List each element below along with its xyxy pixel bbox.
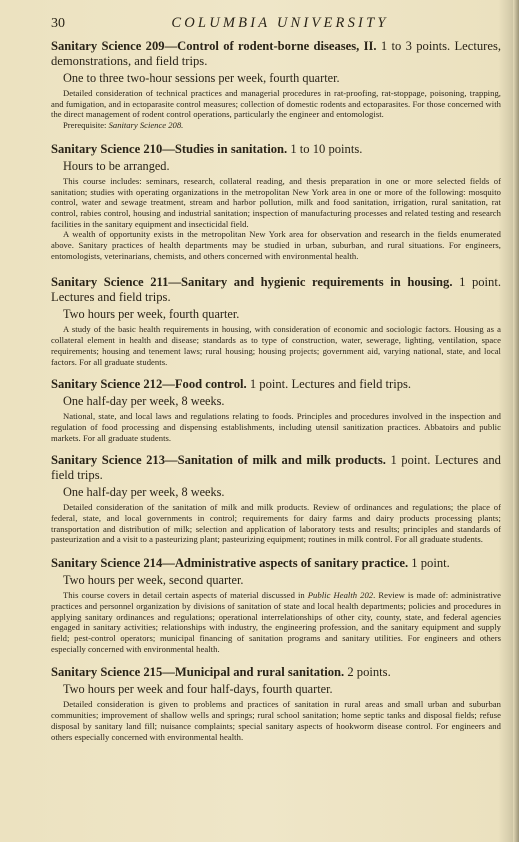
course-credit: 1 to 10 points. xyxy=(290,142,362,156)
course-reference: Public Health 202 xyxy=(308,590,373,600)
course-description: A study of the basic health requirements… xyxy=(51,324,501,367)
course-heading: Sanitary Science 211—Sanitary and hygien… xyxy=(51,275,501,305)
course-credit: 2 points. xyxy=(347,665,390,679)
course-heading: Sanitary Science 213—Sanitation of milk … xyxy=(51,453,501,483)
course-schedule: Two hours per week and four half-days, f… xyxy=(63,681,501,697)
running-head: 30 COLUMBIA UNIVERSITY xyxy=(51,15,501,37)
course-heading: Sanitary Science 210—Studies in sanitati… xyxy=(51,142,501,157)
course-entry: Sanitary Science 213—Sanitation of milk … xyxy=(51,453,501,545)
page-content: 30 COLUMBIA UNIVERSITY Sanitary Science … xyxy=(51,15,501,742)
course-title: Sanitary Science 211—Sanitary and hygien… xyxy=(51,275,452,289)
course-heading: Sanitary Science 209—Control of rodent-b… xyxy=(51,39,501,69)
course-description: Detailed consideration is given to probl… xyxy=(51,699,501,742)
course-schedule: Hours to be arranged. xyxy=(63,158,501,174)
course-schedule: Two hours per week, second quarter. xyxy=(63,572,501,588)
course-entry: Sanitary Science 211—Sanitary and hygien… xyxy=(51,275,501,367)
course-description: This course covers in detail certain asp… xyxy=(51,590,501,654)
course-title: Sanitary Science 212—Food control. xyxy=(51,377,247,391)
course-description: A wealth of opportunity exists in the me… xyxy=(51,229,501,261)
course-title: Sanitary Science 210—Studies in sanitati… xyxy=(51,142,287,156)
course-entry: Sanitary Science 214—Administrative aspe… xyxy=(51,556,501,654)
course-title: Sanitary Science 215—Municipal and rural… xyxy=(51,665,344,679)
course-prerequisite: Prerequisite: Sanitary Science 208. xyxy=(51,120,501,131)
course-title: Sanitary Science 209—Control of rodent-b… xyxy=(51,39,377,53)
course-title: Sanitary Science 213—Sanitation of milk … xyxy=(51,453,386,467)
course-entry: Sanitary Science 215—Municipal and rural… xyxy=(51,665,501,742)
course-title: Sanitary Science 214—Administrative aspe… xyxy=(51,556,408,570)
course-schedule: Two hours per week, fourth quarter. xyxy=(63,306,501,322)
course-entry: Sanitary Science 210—Studies in sanitati… xyxy=(51,142,501,262)
course-entry: Sanitary Science 212—Food control. 1 poi… xyxy=(51,377,501,443)
course-heading: Sanitary Science 212—Food control. 1 poi… xyxy=(51,377,501,392)
course-heading: Sanitary Science 215—Municipal and rural… xyxy=(51,665,501,680)
course-description: This course includes: seminars, research… xyxy=(51,176,501,230)
course-schedule: One half-day per week, 8 weeks. xyxy=(63,484,501,500)
course-entry: Sanitary Science 209—Control of rodent-b… xyxy=(51,39,501,131)
prerequisite-label: Prerequisite: xyxy=(63,120,106,130)
course-heading: Sanitary Science 214—Administrative aspe… xyxy=(51,556,501,571)
course-credit: 1 point. Lectures and field trips. xyxy=(250,377,411,391)
running-title: COLUMBIA UNIVERSITY xyxy=(51,15,501,32)
prerequisite-value: Sanitary Science 208. xyxy=(109,120,184,130)
page-edge-shadow xyxy=(513,0,519,842)
course-description: Detailed consideration of the sanitation… xyxy=(51,502,501,545)
course-credit: 1 point. xyxy=(411,556,449,570)
course-schedule: One half-day per week, 8 weeks. xyxy=(63,393,501,409)
course-description: National, state, and local laws and regu… xyxy=(51,411,501,443)
course-schedule: One to three two-hour sessions per week,… xyxy=(63,70,501,86)
scanned-page: 30 COLUMBIA UNIVERSITY Sanitary Science … xyxy=(0,0,519,842)
course-description: Detailed consideration of technical prac… xyxy=(51,88,501,120)
